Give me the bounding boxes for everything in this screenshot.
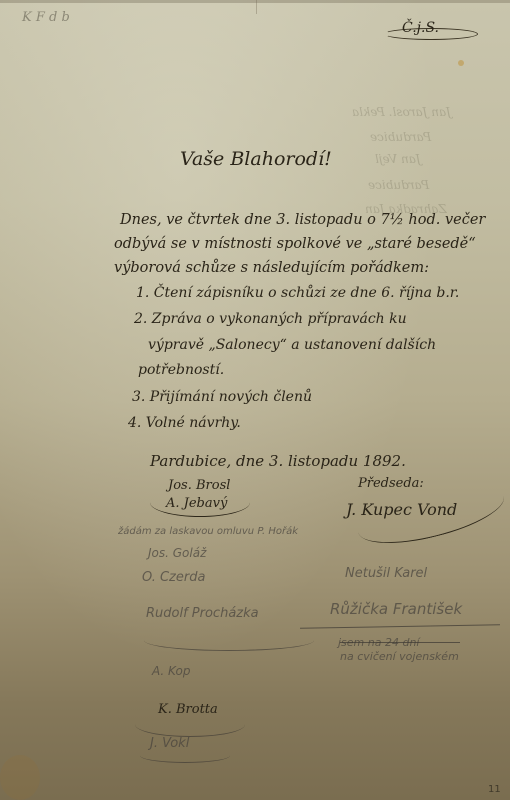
body-line: odbývá se v místnosti spolkové ve „staré… [114,236,476,252]
fold-line [256,0,257,14]
signature-flourish [135,712,245,737]
strike-line [300,624,500,628]
stain [458,60,464,66]
signature: Netušil Karel [345,566,427,581]
place-date: Pardubice, dne 3. listopadu 1892. [150,452,406,470]
signature: O. Czerda [142,570,205,585]
pencil-note: na cvičení vojenském [340,650,459,663]
strike-line [340,642,460,643]
stain [0,755,40,800]
signature: Rudolf Procházka [146,606,259,621]
chair-label: Předseda: [358,476,424,491]
signature-flourish [140,748,230,763]
bleedthrough-line: Jan Jarosl. Pekla [352,105,451,119]
body-line: výborová schůze s následujícím pořádkem: [114,260,429,276]
signature-flourish [150,488,250,517]
bleedthrough-line: Pardubice [368,178,429,192]
signature: A. Kop [152,664,190,678]
bleedthrough-line: Pardubice [370,130,431,144]
page-number: 11 [488,784,501,795]
reference-number: Č.j.S. [402,20,439,36]
archive-mark: K F d b [22,10,70,25]
agenda-item: 2. Zpráva o vykonaných přípravách ku [134,311,407,327]
signature: Růžička František [330,600,462,618]
reference-stamp: Č.j.S. [384,22,476,38]
signature: Jos. Goláž [148,546,206,560]
pencil-note: žádám za laskavou omluvu P. Hořák [118,526,298,537]
signature-flourish [144,630,314,651]
body-line: Dnes, ve čtvrtek dne 3. listopadu o 7½ h… [120,212,485,228]
agenda-item-continued: potřebností. [138,362,224,378]
agenda-item: 1. Čtení zápisníku o schůzi ze dne 6. ří… [136,285,459,301]
agenda-item: 4. Volné návrhy. [128,415,241,431]
bleedthrough-line: Jan Vejl [375,152,421,166]
agenda-item: 3. Přijímání nových členů [132,389,312,405]
agenda-item-continued: výpravě „Salonecy“ a ustanovení dalších [148,337,436,353]
page-top-edge [0,0,510,3]
document-page: K F d b Č.j.S. Jan Jarosl. Pekla Pardubi… [0,0,510,800]
salutation: Vaše Blahorodí! [180,148,332,170]
